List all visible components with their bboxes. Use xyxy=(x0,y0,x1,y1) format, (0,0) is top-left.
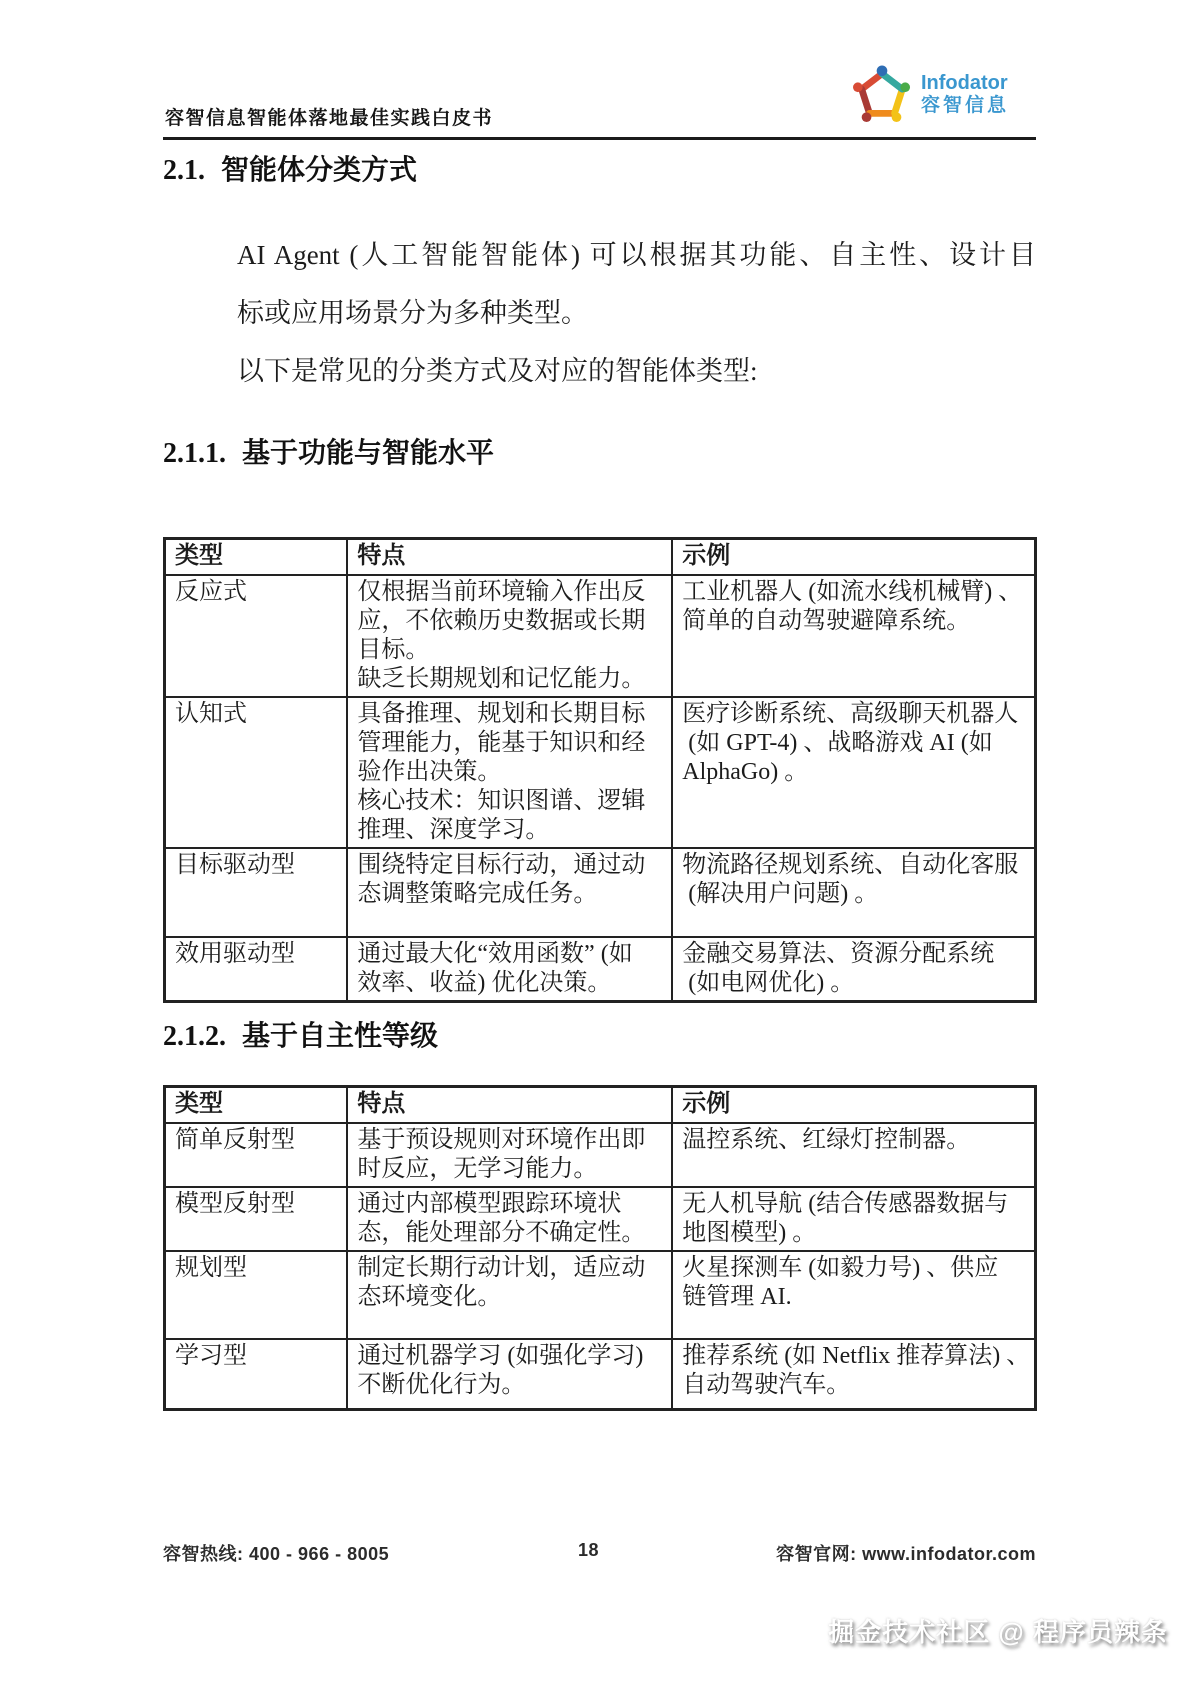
table-cell: 反应式 xyxy=(165,575,348,697)
section-heading-2-1-1: 2.1.1.基于功能与智能水平 xyxy=(163,431,494,471)
column-header: 类型 xyxy=(165,539,348,576)
table-cell: 仅根据当前环境输入作出反应，不依赖历史数据或长期目标。缺乏长期规划和记忆能力。 xyxy=(347,575,672,697)
footer-hotline: 容智热线: 400 - 966 - 8005 xyxy=(163,1540,389,1566)
table-cell: 医疗诊断系统、高级聊天机器人 (如 GPT-4) 、战略游戏 AI (如Alph… xyxy=(672,697,1035,848)
hotline-number: 400 - 966 - 8005 xyxy=(249,1544,389,1564)
column-header: 类型 xyxy=(165,1087,348,1124)
hotline-label: 容智热线: xyxy=(163,1544,244,1564)
table-cell: 效用驱动型 xyxy=(165,937,348,1002)
table-row: 反应式仅根据当前环境输入作出反应，不依赖历史数据或长期目标。缺乏长期规划和记忆能… xyxy=(165,575,1036,697)
table-cell: 目标驱动型 xyxy=(165,848,348,937)
table-cell: 制定长期行动计划，适应动态环境变化。 xyxy=(347,1251,672,1339)
table-cell: 认知式 xyxy=(165,697,348,848)
column-header: 示例 xyxy=(672,539,1035,576)
section-number: 2.1.1. xyxy=(163,438,226,469)
page-number: 18 xyxy=(578,1540,599,1561)
table-cell: 简单反射型 xyxy=(165,1123,348,1187)
intro-paragraph-2: 以下是常见的分类方式及对应的智能体类型: xyxy=(163,342,1036,400)
header-divider xyxy=(163,137,1036,140)
table-cell: 火星探测车 (如毅力号) 、供应链管理 AI. xyxy=(672,1251,1035,1339)
section-title: 基于自主性等级 xyxy=(242,1021,438,1052)
section-number: 2.1. xyxy=(163,155,205,186)
table-row: 目标驱动型围绕特定目标行动，通过动态调整策略完成任务。物流路径规划系统、自动化客… xyxy=(165,848,1036,937)
document-page: { "header": { "doc_title": "容智信息智能体落地最佳实… xyxy=(0,0,1190,1682)
table-cell: 通过最大化“效用函数” (如效率、收益) 优化决策。 xyxy=(347,937,672,1002)
column-header: 示例 xyxy=(672,1087,1035,1124)
section-heading-2-1-2: 2.1.2.基于自主性等级 xyxy=(163,1014,438,1054)
table-cell: 通过机器学习 (如强化学习)不断优化行为。 xyxy=(347,1339,672,1409)
table-cell: 模型反射型 xyxy=(165,1187,348,1251)
table-row: 简单反射型基于预设规则对环境作出即时反应，无学习能力。温控系统、红绿灯控制器。 xyxy=(165,1123,1036,1187)
doc-header-title: 容智信息智能体落地最佳实践白皮书 xyxy=(165,103,493,130)
logo-brand-en: Infodator xyxy=(921,72,1009,95)
website-url: www.infodator.com xyxy=(862,1544,1036,1564)
website-label: 容智官网: xyxy=(776,1544,857,1564)
pentagon-logo-icon xyxy=(853,64,911,124)
table-cell: 推荐系统 (如 Netflix 推荐算法) 、自动驾驶汽车。 xyxy=(672,1339,1035,1409)
table-cell: 通过内部模型跟踪环境状态，能处理部分不确定性。 xyxy=(347,1187,672,1251)
table-header-row: 类型特点示例 xyxy=(165,1087,1036,1124)
table-cell: 围绕特定目标行动，通过动态调整策略完成任务。 xyxy=(347,848,672,937)
table-header-row: 类型特点示例 xyxy=(165,539,1036,576)
table-row: 效用驱动型通过最大化“效用函数” (如效率、收益) 优化决策。金融交易算法、资源… xyxy=(165,937,1036,1002)
table-row: 规划型制定长期行动计划，适应动态环境变化。火星探测车 (如毅力号) 、供应链管理… xyxy=(165,1251,1036,1339)
table-cell: 无人机导航 (结合传感器数据与地图模型) 。 xyxy=(672,1187,1035,1251)
column-header: 特点 xyxy=(347,539,672,576)
watermark: 掘金技术社区 @ 程序员辣条 xyxy=(828,1612,1168,1649)
section-title: 基于功能与智能水平 xyxy=(242,438,494,469)
table-cell: 温控系统、红绿灯控制器。 xyxy=(672,1123,1035,1187)
logo-brand-zh: 容智信息 xyxy=(921,95,1009,117)
table-function-intelligence: 类型特点示例反应式仅根据当前环境输入作出反应，不依赖历史数据或长期目标。缺乏长期… xyxy=(163,537,1037,1003)
table-cell: 金融交易算法、资源分配系统 (如电网优化) 。 xyxy=(672,937,1035,1002)
table-cell: 工业机器人 (如流水线机械臂) 、简单的自动驾驶避障系统。 xyxy=(672,575,1035,697)
table-cell: 规划型 xyxy=(165,1251,348,1339)
company-logo: Infodator 容智信息 xyxy=(853,64,1009,124)
table-cell: 物流路径规划系统、自动化客服 (解决用户问题) 。 xyxy=(672,848,1035,937)
intro-paragraphs: AI Agent (人工智能智能体) 可以根据其功能、自主性、设计目标或应用场景… xyxy=(163,226,1036,400)
section-title: 智能体分类方式 xyxy=(221,155,417,186)
section-heading-2-1: 2.1.智能体分类方式 xyxy=(163,148,417,188)
table-row: 模型反射型通过内部模型跟踪环境状态，能处理部分不确定性。无人机导航 (结合传感器… xyxy=(165,1187,1036,1251)
table-autonomy-level: 类型特点示例简单反射型基于预设规则对环境作出即时反应，无学习能力。温控系统、红绿… xyxy=(163,1085,1037,1411)
table-row: 学习型通过机器学习 (如强化学习)不断优化行为。推荐系统 (如 Netflix … xyxy=(165,1339,1036,1409)
intro-paragraph-1: AI Agent (人工智能智能体) 可以根据其功能、自主性、设计目标或应用场景… xyxy=(163,226,1036,342)
table-cell: 基于预设规则对环境作出即时反应，无学习能力。 xyxy=(347,1123,672,1187)
table-cell: 学习型 xyxy=(165,1339,348,1409)
table-row: 认知式具备推理、规划和长期目标管理能力，能基于知识和经验作出决策。核心技术：知识… xyxy=(165,697,1036,848)
table-cell: 具备推理、规划和长期目标管理能力，能基于知识和经验作出决策。核心技术：知识图谱、… xyxy=(347,697,672,848)
footer-website: 容智官网: www.infodator.com xyxy=(700,1540,1036,1566)
section-number: 2.1.2. xyxy=(163,1021,226,1052)
column-header: 特点 xyxy=(347,1087,672,1124)
